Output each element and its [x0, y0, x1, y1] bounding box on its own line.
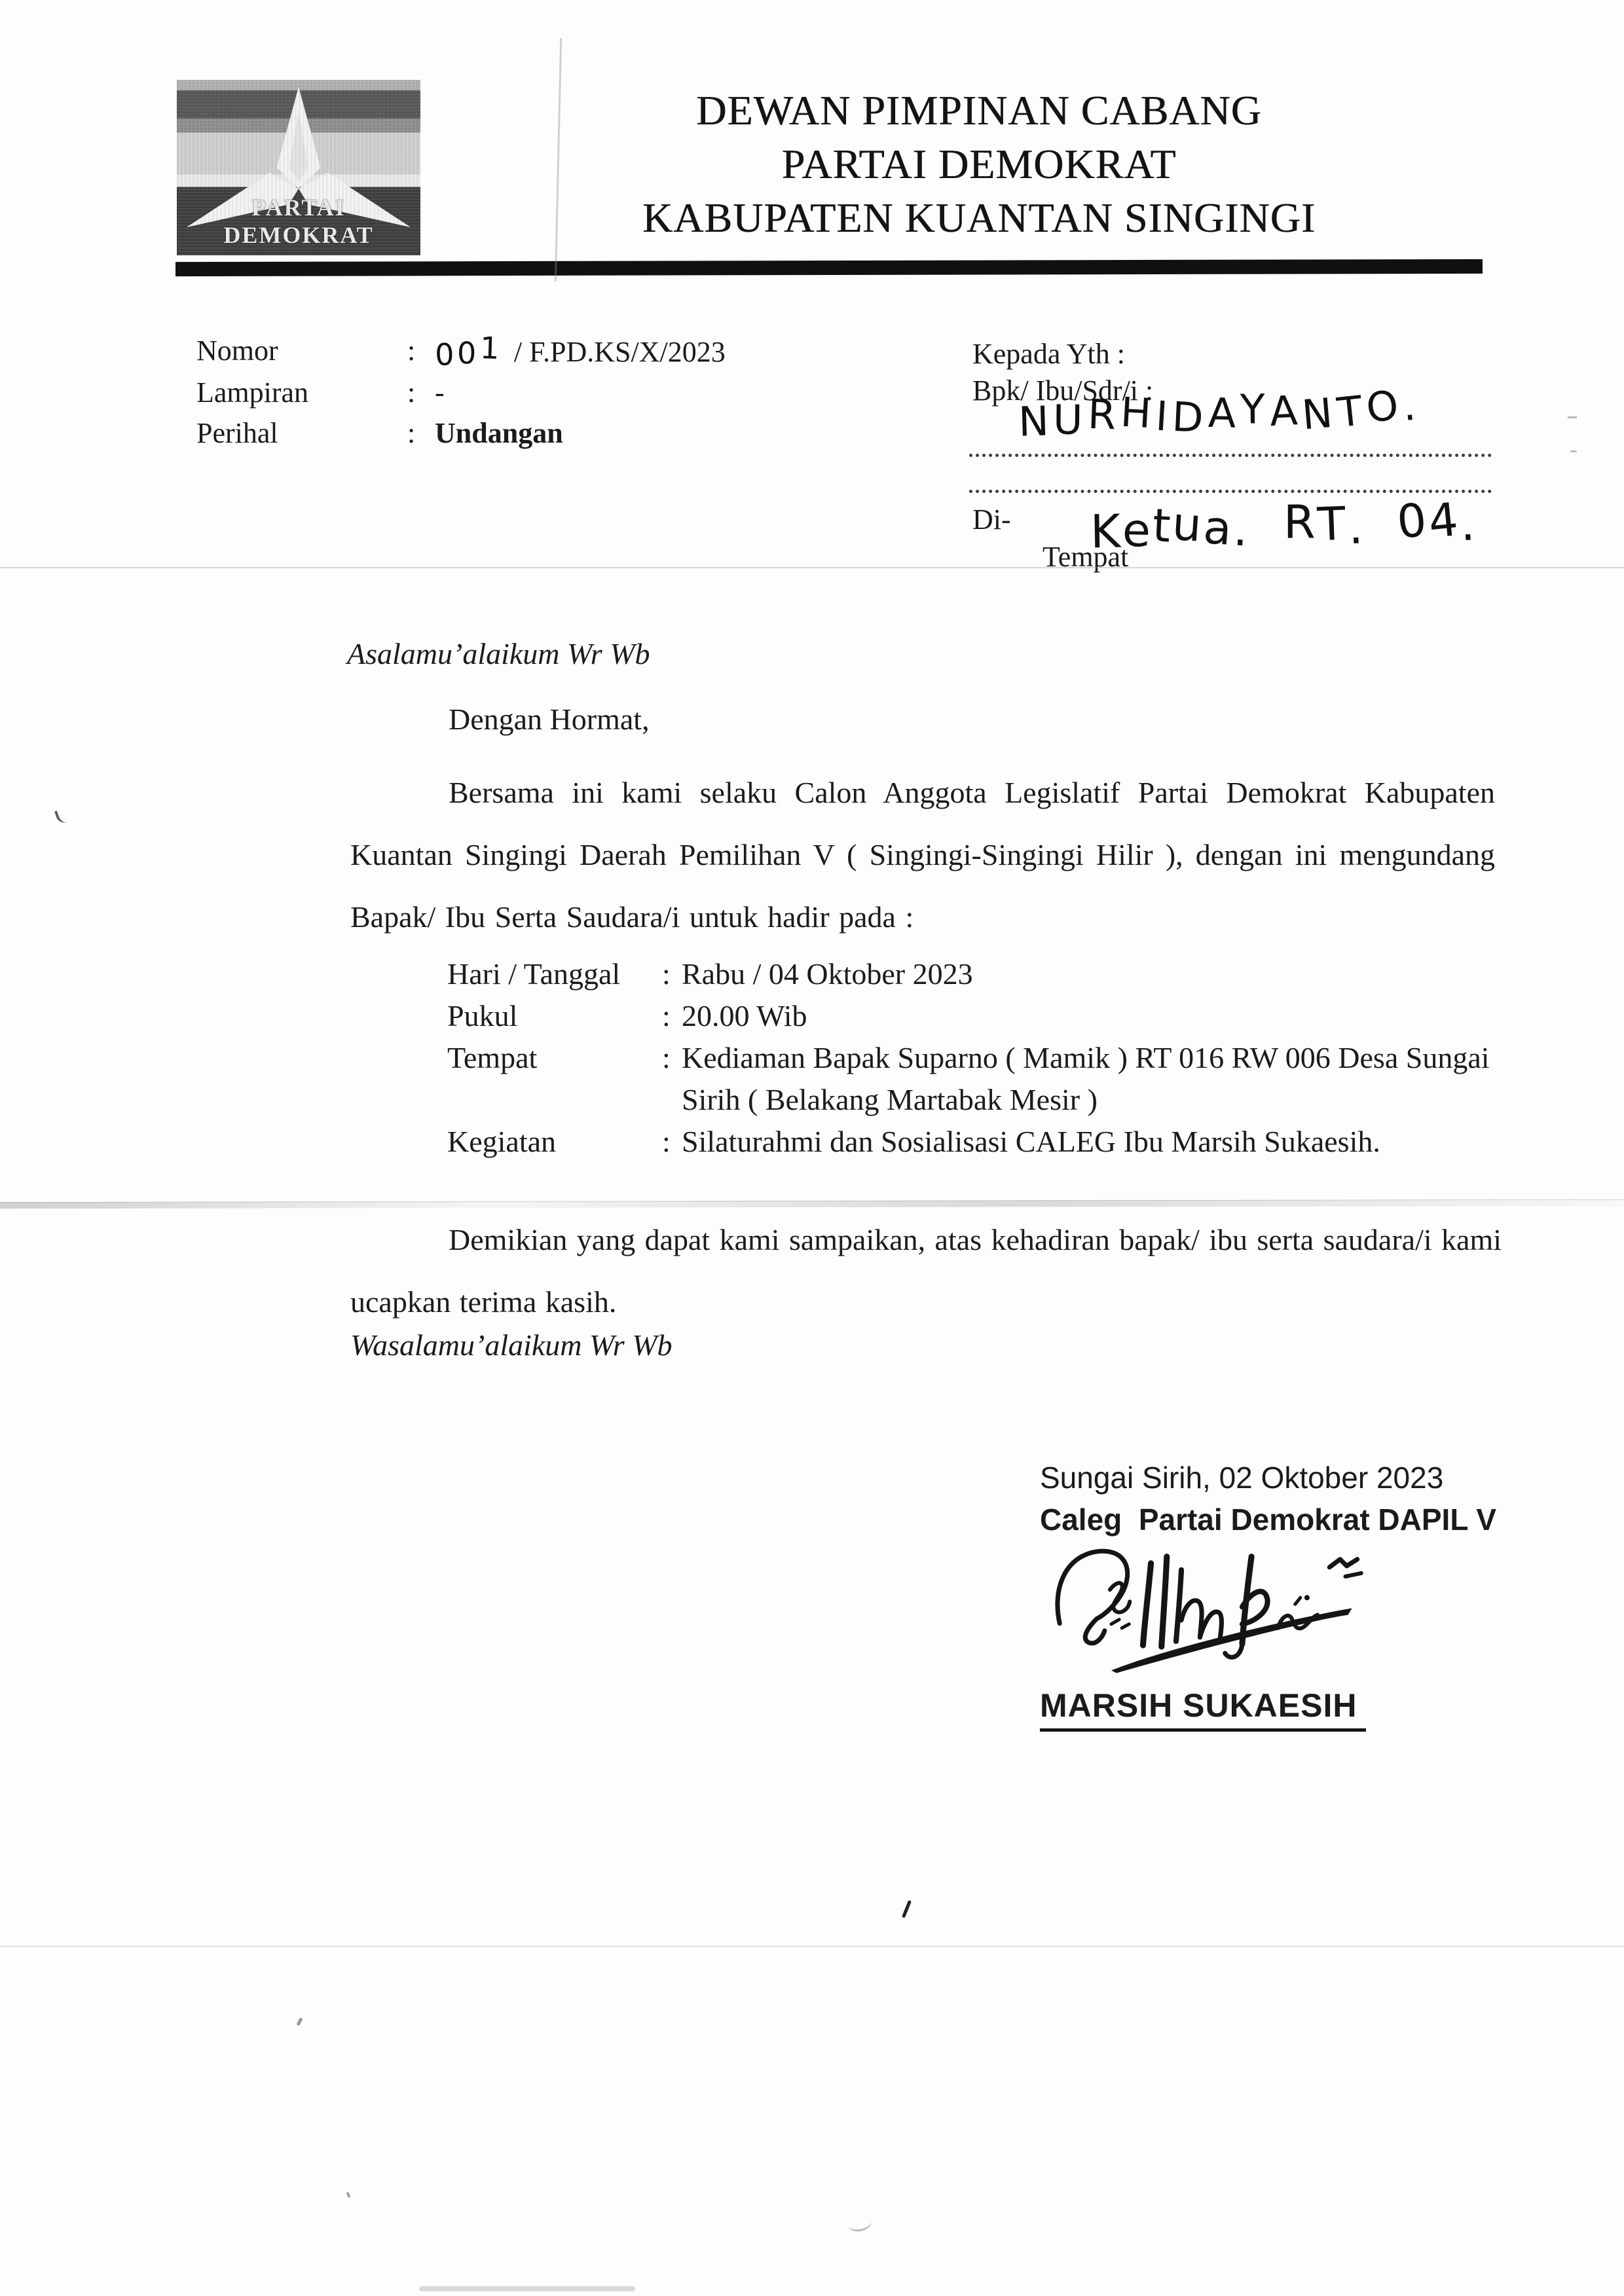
pukul-label: Pukul — [447, 995, 662, 1037]
perihal-label: Perihal — [196, 413, 407, 454]
perihal-value: Undangan — [435, 413, 563, 454]
colon: : — [662, 953, 682, 995]
scan-artifact-dash — [1570, 450, 1577, 452]
nomor-number-handwritten: 001 — [434, 329, 503, 373]
meta-row-lampiran: Lampiran : - — [196, 373, 726, 413]
body-paragraph: Bersama ini kami selaku Calon Anggota Le… — [350, 761, 1495, 948]
detail-row-pukul: Pukul : 20.00 Wib — [447, 995, 1497, 1037]
signature-image — [1046, 1540, 1377, 1681]
logo-text: PARTAI DEMOKRAT — [177, 194, 420, 249]
detail-row-kegiatan: Kegiatan : Silaturahmi dan Sosialisasi C… — [447, 1121, 1497, 1163]
scan-artifact-dash — [1568, 416, 1577, 418]
hari-value: Rabu / 04 Oktober 2023 — [682, 953, 1497, 995]
kepada-label: Kepada Yth : — [972, 336, 1153, 373]
lampiran-value: - — [435, 373, 445, 413]
detail-row-tempat: Tempat : Kediaman Bapak Suparno ( Mamik … — [447, 1037, 1497, 1121]
hari-label: Hari / Tanggal — [447, 953, 662, 995]
scan-artifact-speck — [296, 2018, 303, 2026]
scan-artifact-comma-mark — [54, 808, 70, 825]
nomor-value: / F.PD.KS/X/2023 — [514, 336, 726, 368]
scanned-letter-page: PARTAI DEMOKRAT DEWAN PIMPINAN CABANG PA… — [0, 0, 1624, 2296]
colon: : — [662, 1037, 682, 1079]
three-point-star-icon — [177, 80, 420, 255]
nomor-label: Nomor — [196, 331, 407, 373]
closing-salutation: Wasalamu’alaikum Wr Wb — [350, 1328, 673, 1362]
scan-artifact-speck — [346, 2192, 351, 2198]
kegiatan-value: Silaturahmi dan Sosialisasi CALEG Ibu Ma… — [682, 1121, 1497, 1163]
colon: : — [662, 1121, 682, 1163]
colon: : — [407, 373, 435, 413]
signer-name: MARSIH SUKAESIH — [1040, 1686, 1366, 1732]
scan-artifact-squiggle — [847, 2214, 873, 2234]
dotted-line — [969, 490, 1492, 493]
closing-paragraph: Demikian yang dapat kami sampaikan, atas… — [350, 1209, 1502, 1333]
meta-row-nomor: Nomor : 001/ F.PD.KS/X/2023 — [196, 331, 726, 373]
opening-salutation: Asalamu’alaikum Wr Wb — [347, 636, 650, 671]
pukul-value: 20.00 Wib — [682, 995, 1497, 1037]
letterhead-line-1: DEWAN PIMPINAN CABANG — [458, 84, 1500, 137]
scan-crease-top — [0, 567, 1624, 568]
event-details: Hari / Tanggal : Rabu / 04 Oktober 2023 … — [447, 953, 1497, 1163]
place-and-date: Sungai Sirih, 02 Oktober 2023 — [1040, 1460, 1443, 1495]
greeting: Dengan Hormat, — [449, 702, 650, 737]
dotted-line — [969, 454, 1492, 457]
tempat-label: Tempat — [1043, 540, 1128, 574]
signer-role: Caleg Partai Demokrat DAPIL V — [1040, 1502, 1496, 1537]
partai-demokrat-logo: PARTAI DEMOKRAT — [177, 80, 420, 255]
tempat-detail-label: Tempat — [447, 1037, 662, 1079]
meta-row-perihal: Perihal : Undangan — [196, 413, 726, 454]
letterhead-line-3: KABUPATEN KUANTAN SINGINGI — [458, 191, 1500, 245]
recipient-location-handwritten: Ketua. RT. 04. — [1090, 496, 1477, 556]
tempat-detail-value: Kediaman Bapak Suparno ( Mamik ) RT 016 … — [682, 1037, 1497, 1121]
colon: : — [662, 995, 682, 1037]
letter-meta: Nomor : 001/ F.PD.KS/X/2023 Lampiran : -… — [196, 331, 726, 454]
scan-crease-bottom — [0, 1946, 1624, 1947]
scan-artifact-pen-tick — [902, 1900, 912, 1918]
detail-row-hari: Hari / Tanggal : Rabu / 04 Oktober 2023 — [447, 953, 1497, 995]
colon: : — [407, 413, 435, 454]
letterhead-title: DEWAN PIMPINAN CABANG PARTAI DEMOKRAT KA… — [458, 84, 1500, 245]
colon: : — [407, 331, 435, 373]
scan-crease-middle — [0, 1199, 1624, 1209]
lampiran-label: Lampiran — [196, 373, 407, 413]
scan-artifact-smudge — [419, 2286, 635, 2291]
kegiatan-label: Kegiatan — [447, 1121, 662, 1163]
letterhead-line-2: PARTAI DEMOKRAT — [458, 137, 1500, 191]
di-label: Di- — [972, 503, 1011, 536]
letterhead-divider — [175, 259, 1483, 276]
